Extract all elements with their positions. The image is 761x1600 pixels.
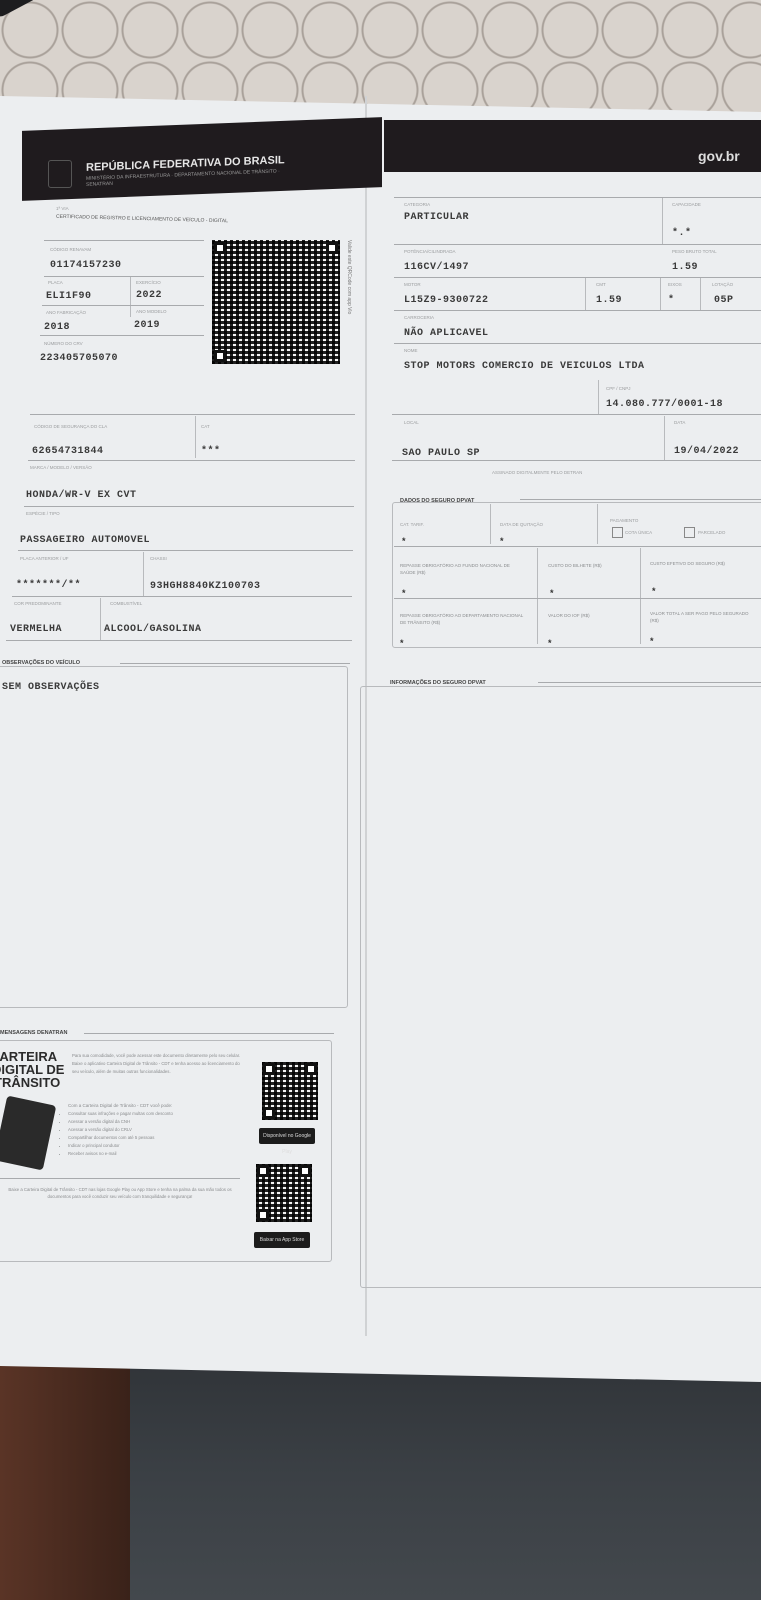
cdt-feature: Acessar a versão digital do CRLV	[68, 1126, 258, 1134]
cmt-value: 1.59	[596, 295, 622, 306]
repasse-denatran-value: *	[400, 638, 404, 648]
peso-bruto-value: 1.59	[672, 262, 698, 273]
exercicio-label: EXERCÍCIO	[136, 280, 161, 285]
placa-anterior-value: *******/**	[16, 580, 81, 591]
potencia-label: POTÊNCIA/CILINDRADA	[404, 249, 456, 254]
ano-modelo-value: 2019	[134, 320, 160, 331]
cat-tarif-value: *	[402, 536, 406, 546]
ano-modelo-label: ANO MODELO	[136, 309, 167, 314]
data-quitacao-label: DATA DE QUITAÇÃO	[500, 522, 543, 527]
info-dpvat-box	[360, 686, 761, 1288]
data-label: DATA	[674, 420, 685, 425]
codigo-seguranca-label: CÓDIGO DE SEGURANÇA DO CLA	[34, 424, 107, 429]
observacoes-value: SEM OBSERVAÇÕES	[2, 682, 100, 693]
ano-fabricacao-label: ANO FABRICAÇÃO	[46, 310, 86, 315]
peso-bruto-label: PESO BRUTO TOTAL	[672, 249, 717, 254]
nome-label: NOME	[404, 348, 418, 353]
data-quitacao-value: *	[500, 536, 504, 546]
carroceria-value: NÃO APLICAVEL	[404, 328, 489, 339]
chassi-value: 93HGH8840KZ100703	[150, 581, 261, 592]
validation-qr-code[interactable]	[212, 240, 340, 364]
cdt-feature: Indicar o principal condutor	[68, 1142, 258, 1150]
cdt-feature: Consultar suas infrações e pagar multas …	[68, 1110, 258, 1118]
cdt-feature: Receber avisos no e-mail	[68, 1150, 258, 1158]
cat-tarif-label: CAT. TARIF.	[400, 522, 424, 527]
motor-value: L15Z9-9300722	[404, 295, 489, 306]
cat-value: ***	[201, 446, 221, 457]
chassi-label: CHASSI	[150, 556, 167, 561]
cdt-footer-text: Baixe a Carteira Digital de Trânsito - C…	[0, 1186, 240, 1200]
combustivel-label: COMBUSTÍVEL	[110, 601, 142, 606]
categoria-label: CATEGORIA	[404, 202, 430, 207]
lotacao-label: LOTAÇÃO	[712, 282, 733, 287]
valor-iof-label: VALOR DO IOF (R$)	[548, 612, 628, 619]
custo-efetivo-label: CUSTO EFETIVO DO SEGURO (R$)	[650, 560, 730, 567]
cpf-cnpj-value: 14.080.777/0001-18	[606, 399, 723, 410]
marca-modelo-value: HONDA/WR-V EX CVT	[26, 490, 137, 501]
custo-bilhete-label: CUSTO DO BILHETE (R$)	[548, 562, 608, 569]
google-play-badge[interactable]: Disponível no Google Play	[259, 1128, 315, 1144]
placa-value: ELI1F90	[46, 291, 92, 302]
valor-total-label: VALOR TOTAL A SER PAGO PELO SEGURADO (R$…	[650, 610, 750, 624]
motor-label: MOTOR	[404, 282, 421, 287]
custo-efetivo-value: *	[652, 586, 656, 596]
coat-of-arms-icon	[48, 160, 72, 188]
cota-unica-checkbox[interactable]	[612, 527, 623, 538]
potencia-value: 116CV/1497	[404, 262, 469, 273]
repasse-denatran-label: REPASSE OBRIGATÓRIO AO DEPARTAMENTO NACI…	[400, 612, 525, 626]
capacidade-value: *.*	[672, 228, 692, 239]
codigo-seguranca-value: 62654731844	[32, 446, 104, 457]
cdt-title-3: TRÂNSITO	[0, 1076, 60, 1089]
especie-tipo-label: ESPÉCIE / TIPO	[26, 511, 60, 516]
cor-label: COR PREDOMINANTE	[14, 601, 62, 606]
cdt-feature: Compartilhar documentos com até 5 pessoa…	[68, 1134, 258, 1142]
signed-digitally-note: ASSINADO DIGITALMENTE PELO DETRAN	[492, 470, 582, 475]
renavam-value: 01174157230	[50, 260, 122, 271]
exercicio-value: 2022	[136, 290, 162, 301]
parcelado-checkbox[interactable]	[684, 527, 695, 538]
repasse-fns-label: REPASSE OBRIGATÓRIO AO FUNDO NACIONAL DE…	[400, 562, 520, 576]
qr-caption: Valide este QRCode com app Vio	[346, 240, 352, 314]
cdt-features-list: Consultar suas infrações e pagar multas …	[56, 1110, 258, 1158]
pagamento-label: PAGAMENTO	[610, 518, 638, 523]
google-play-qr-code[interactable]	[262, 1062, 318, 1120]
valor-iof-value: *	[548, 638, 552, 648]
crv-value: 223405705070	[40, 353, 118, 364]
carroceria-label: CARROCERIA	[404, 315, 434, 320]
cota-unica-label: COTA ÚNICA	[625, 530, 652, 535]
header-banner-right	[384, 120, 761, 172]
app-store-badge[interactable]: Baixar na App Store	[254, 1232, 310, 1248]
lotacao-value: 05P	[714, 295, 734, 306]
cdt-intro-text: Para sua comodidade, você pode acessar e…	[72, 1052, 242, 1076]
eixos-label: EIXOS	[668, 282, 682, 287]
parcelado-label: PARCELADO	[698, 530, 725, 535]
placa-anterior-label: PLACA ANTERIOR / UF	[20, 556, 69, 561]
eixos-value: *	[668, 295, 675, 306]
crv-label: NÚMERO DO CRV	[44, 341, 83, 346]
via-label: 1ª Via	[56, 206, 69, 211]
govbr-logo: gov.br	[698, 148, 740, 164]
cdt-list-intro: Com a Carteira Digital de Trânsito - CDT…	[68, 1102, 248, 1109]
local-label: LOCAL	[404, 420, 419, 425]
marca-modelo-label: MARCA / MODELO / VERSÃO	[30, 465, 92, 470]
combustivel-value: ALCOOL/GASOLINA	[104, 624, 202, 635]
categoria-value: PARTICULAR	[404, 212, 469, 223]
valor-total-value: *	[650, 636, 654, 646]
denatran-messages-label: MENSAGENS DENATRAN	[0, 1030, 67, 1036]
cdt-feature: Acessar a versão digital da CNH	[68, 1118, 258, 1126]
app-store-qr-code[interactable]	[256, 1164, 312, 1222]
cmt-label: CMT	[596, 282, 606, 287]
especie-tipo-value: PASSAGEIRO AUTOMOVEL	[20, 535, 150, 546]
renavam-label: CÓDIGO RENAVAM	[50, 247, 91, 252]
nome-value: STOP MOTORS COMERCIO DE VEICULOS LTDA	[404, 361, 645, 372]
capacidade-label: CAPACIDADE	[672, 202, 701, 207]
placa-label: PLACA	[48, 280, 63, 285]
cat-label: CAT	[201, 424, 210, 429]
custo-bilhete-value: *	[550, 588, 554, 598]
data-value: 19/04/2022	[674, 446, 739, 457]
cpf-cnpj-label: CPF / CNPJ	[606, 386, 631, 391]
ano-fabricacao-value: 2018	[44, 322, 70, 333]
observacoes-box	[0, 666, 348, 1008]
repasse-fns-value: *	[402, 588, 406, 598]
cor-value: VERMELHA	[10, 624, 62, 635]
local-value: SAO PAULO SP	[402, 448, 480, 459]
